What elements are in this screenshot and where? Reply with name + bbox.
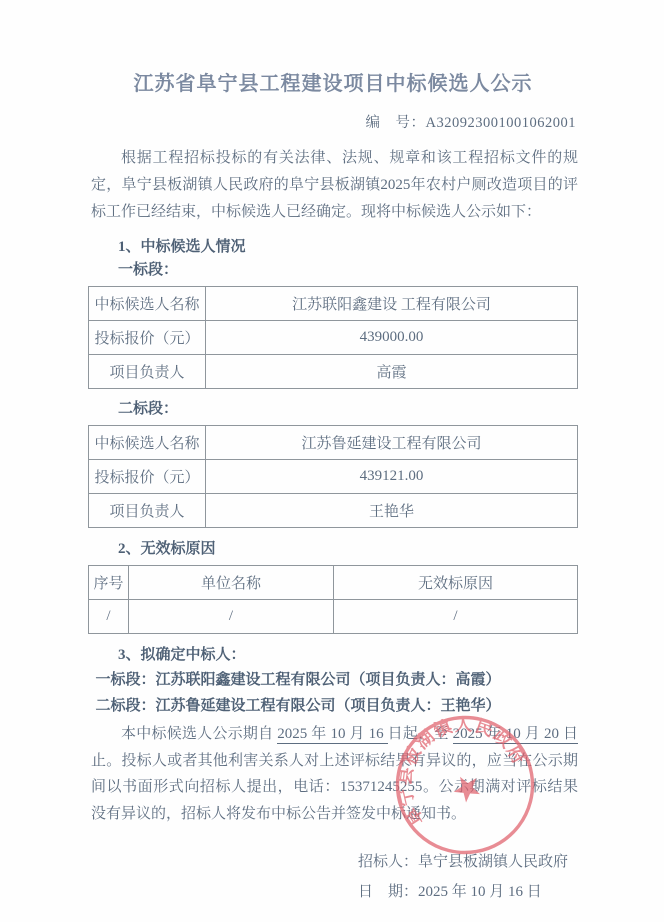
- table-row: 项目负责人 王艳华: [89, 494, 578, 528]
- closing-paragraph: 本中标候选人公示期自 2025 年 10 月 16 日起，至 2025 年 10…: [91, 721, 578, 827]
- table-label-cell: 项目负责人: [89, 355, 206, 389]
- invalid-bid-table: 序号 单位名称 无效标原因 / / /: [88, 565, 578, 634]
- table-value-cell: 高霞: [206, 355, 578, 389]
- publicity-end-date: 2025 年 10 月 20 日: [453, 726, 578, 744]
- table-value-cell: /: [89, 600, 129, 634]
- date-label: 日 期：: [358, 884, 418, 900]
- date-value: 2025 年 10 月 16 日: [418, 884, 542, 900]
- tenderer-name: 阜宁县板湖镇人民政府: [418, 854, 568, 870]
- section3-heading: 3、拟确定中标人：: [88, 643, 578, 667]
- tenderer-line: 招标人：阜宁县板湖镇人民政府: [358, 847, 578, 877]
- lot2-table: 中标候选人名称 江苏鲁延建设工程有限公司 投标报价（元） 439121.00 项…: [88, 425, 578, 528]
- table-row: 中标候选人名称 江苏联阳鑫建设 工程有限公司: [89, 287, 578, 321]
- table-header-row: 序号 单位名称 无效标原因: [89, 566, 578, 600]
- table-label-cell: 项目负责人: [89, 494, 206, 528]
- table-row: 投标报价（元） 439121.00: [89, 460, 578, 494]
- table-row: / / /: [89, 600, 578, 634]
- document-title: 江苏省阜宁县工程建设项目中标候选人公示: [88, 70, 578, 98]
- date-line: 日 期：2025 年 10 月 16 日: [358, 877, 578, 907]
- doc-number-line: 编 号：A320923001001062001: [88, 111, 578, 132]
- table-value-cell: 439000.00: [206, 321, 578, 355]
- table-row: 中标候选人名称 江苏鲁延建设工程有限公司: [89, 426, 578, 460]
- table-value-cell: /: [129, 600, 334, 634]
- doc-number-value: A320923001001062001: [426, 115, 576, 131]
- document-content: 江苏省阜宁县工程建设项目中标候选人公示 编 号：A320923001001062…: [88, 70, 578, 907]
- lot1-label: 一标段：: [88, 259, 578, 282]
- spacer: [88, 389, 578, 398]
- section1-heading: 1、中标候选人情况: [88, 235, 578, 259]
- signature-block: 招标人：阜宁县板湖镇人民政府 日 期：2025 年 10 月 16 日: [358, 847, 578, 907]
- table-label-cell: 中标候选人名称: [89, 426, 206, 460]
- section2-heading: 2、无效标原因: [88, 537, 578, 561]
- table-value-cell: 江苏联阳鑫建设 工程有限公司: [206, 287, 578, 321]
- closing-text: 本中标候选人公示期自: [121, 726, 277, 742]
- closing-text: 止。投标人或者其他利害关系人对上述评标结果有异议的，应当在公示期间以书面形式向招…: [91, 753, 578, 822]
- table-label-cell: 投标报价（元）: [89, 321, 206, 355]
- table-row: 投标报价（元） 439000.00: [89, 321, 578, 355]
- table-label-cell: 投标报价（元）: [89, 460, 206, 494]
- closing-text: 日起，至: [388, 726, 453, 742]
- intro-paragraph: 根据工程招标投标的有关法律、法规、规章和该工程招标文件的规定，阜宁县板湖镇人民政…: [91, 145, 578, 226]
- document-page: 江苏省阜宁县工程建设项目中标候选人公示 编 号：A320923001001062…: [0, 0, 664, 922]
- table-value-cell: 439121.00: [206, 460, 578, 494]
- table-value-cell: 江苏鲁延建设工程有限公司: [206, 426, 578, 460]
- publicity-start-date: 2025 年 10 月 16: [277, 726, 387, 744]
- table-value-cell: /: [334, 600, 578, 634]
- table-value-cell: 王艳华: [206, 494, 578, 528]
- column-header-reason: 无效标原因: [334, 566, 578, 600]
- table-row: 项目负责人 高霞: [89, 355, 578, 389]
- doc-number-label: 编 号：: [366, 115, 426, 131]
- column-header-unit-name: 单位名称: [129, 566, 334, 600]
- column-header-index: 序号: [89, 566, 129, 600]
- confirmed-winner-lot2: 二标段：江苏鲁延建设工程有限公司（项目负责人：王艳华）: [88, 693, 578, 719]
- tenderer-label: 招标人：: [358, 854, 418, 870]
- confirmed-winner-lot1: 一标段：江苏联阳鑫建设工程有限公司（项目负责人：高霞）: [88, 667, 578, 693]
- table-label-cell: 中标候选人名称: [89, 287, 206, 321]
- lot2-label: 二标段：: [88, 398, 578, 421]
- lot1-table: 中标候选人名称 江苏联阳鑫建设 工程有限公司 投标报价（元） 439000.00…: [88, 286, 578, 389]
